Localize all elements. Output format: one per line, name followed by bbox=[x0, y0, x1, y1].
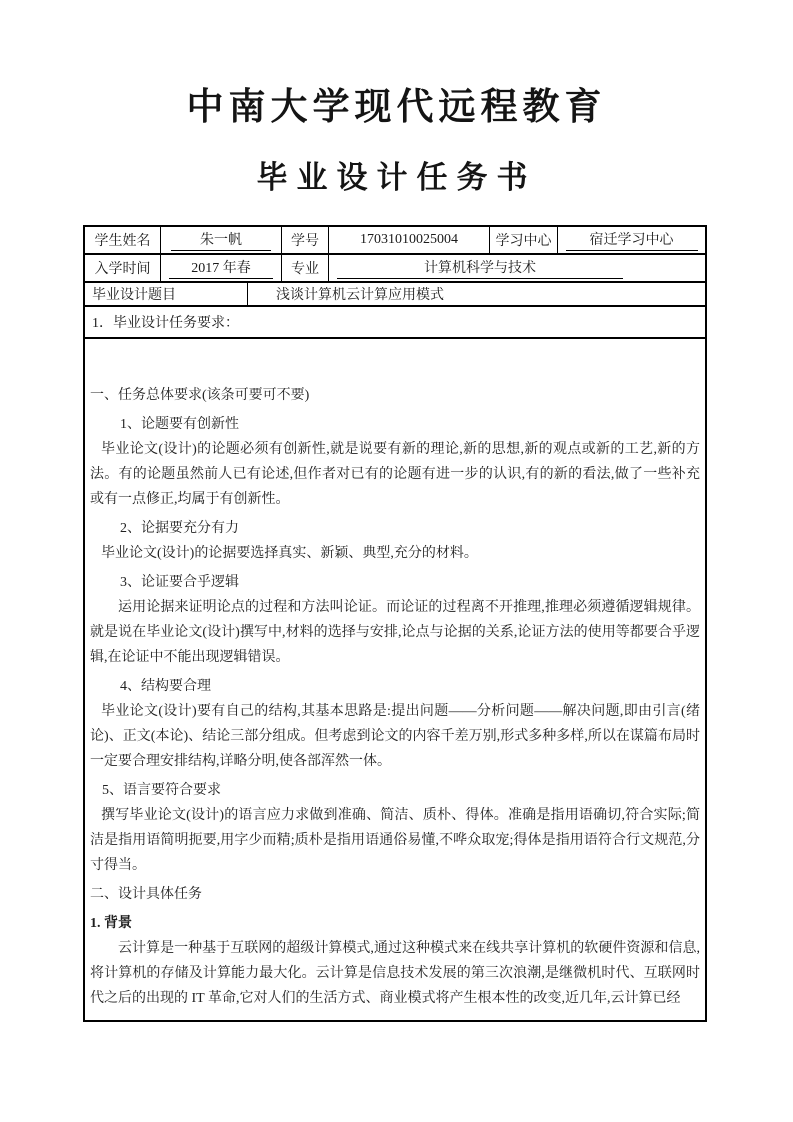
content-block: 运用论据来证明论点的过程和方法叫论证。而论证的过程离不开推理,推理必须遵循逻辑规… bbox=[90, 595, 700, 670]
content-block: 毕业论文(设计)的论题必须有创新性,就是说要有新的理论,新的思想,新的观点或新的… bbox=[90, 437, 700, 512]
student-id-label: 学号 bbox=[281, 227, 328, 253]
content-block: 4、结构要合理 bbox=[90, 674, 700, 699]
content-block: 2、论据要充分有力 bbox=[90, 516, 700, 541]
content-block: 撰写毕业论文(设计)的语言应力求做到准确、简洁、质朴、得体。准确是指用语确切,符… bbox=[90, 803, 700, 878]
content-block: 1. 背景 bbox=[90, 911, 700, 936]
student-name-cell: 朱一帆 bbox=[160, 227, 281, 253]
requirements-heading-row: 1．毕业设计任务要求： bbox=[85, 307, 705, 339]
student-info-row: 学生姓名 朱一帆 学号 17031010025004 学习中心 宿迁学习中心 bbox=[85, 227, 705, 255]
content-block: 1、论题要有创新性 bbox=[90, 412, 700, 437]
major-label: 专业 bbox=[281, 255, 328, 281]
learning-center-cell: 宿迁学习中心 bbox=[557, 227, 705, 253]
content-block: 云计算是一种基于互联网的超级计算模式,通过这种模式来在线共享计算机的软硬件资源和… bbox=[90, 936, 700, 1011]
enroll-time-value: 2017 年春 bbox=[169, 257, 273, 279]
content-block: 一、任务总体要求(该条可要可不要) bbox=[90, 383, 700, 408]
thesis-title-label: 毕业设计题目 bbox=[85, 283, 247, 305]
content-block: 毕业论文(设计)要有自己的结构,其基本思路是:提出问题——分析问题——解决问题,… bbox=[90, 699, 700, 774]
university-title: 中南大学现代远程教育 bbox=[0, 76, 793, 130]
enroll-time-label: 入学时间 bbox=[85, 255, 160, 281]
learning-center-value: 宿迁学习中心 bbox=[566, 229, 698, 251]
learning-center-label: 学习中心 bbox=[489, 227, 557, 253]
document-page: 中南大学现代远程教育 毕业设计任务书 学生姓名 朱一帆 学号 170310100… bbox=[0, 0, 793, 1122]
major-cell: 计算机科学与技术 bbox=[328, 255, 705, 281]
content-block: 3、论证要合乎逻辑 bbox=[90, 570, 700, 595]
enroll-time-cell: 2017 年春 bbox=[160, 255, 281, 281]
requirements-heading: 1．毕业设计任务要求： bbox=[85, 307, 705, 337]
document-title: 毕业设计任务书 bbox=[0, 152, 793, 197]
enrollment-info-row: 入学时间 2017 年春 专业 计算机科学与技术 bbox=[85, 255, 705, 283]
student-name-label: 学生姓名 bbox=[85, 227, 160, 253]
major-value: 计算机科学与技术 bbox=[337, 257, 623, 279]
student-name-value: 朱一帆 bbox=[171, 229, 271, 251]
thesis-title-row: 毕业设计题目 浅谈计算机云计算应用模式 bbox=[85, 283, 705, 307]
content-block: 二、设计具体任务 bbox=[90, 882, 700, 907]
thesis-title-value: 浅谈计算机云计算应用模式 bbox=[247, 283, 705, 305]
task-form-table: 学生姓名 朱一帆 学号 17031010025004 学习中心 宿迁学习中心 入… bbox=[83, 225, 707, 1022]
student-id-value: 17031010025004 bbox=[328, 227, 489, 253]
content-block: 毕业论文(设计)的论据要选择真实、新颖、典型,充分的材料。 bbox=[90, 541, 700, 566]
requirements-content-cell: 一、任务总体要求(该条可要可不要) 1、论题要有创新性 毕业论文(设计)的论题必… bbox=[85, 339, 705, 1011]
content-block: 5、语言要符合要求 bbox=[90, 778, 700, 803]
